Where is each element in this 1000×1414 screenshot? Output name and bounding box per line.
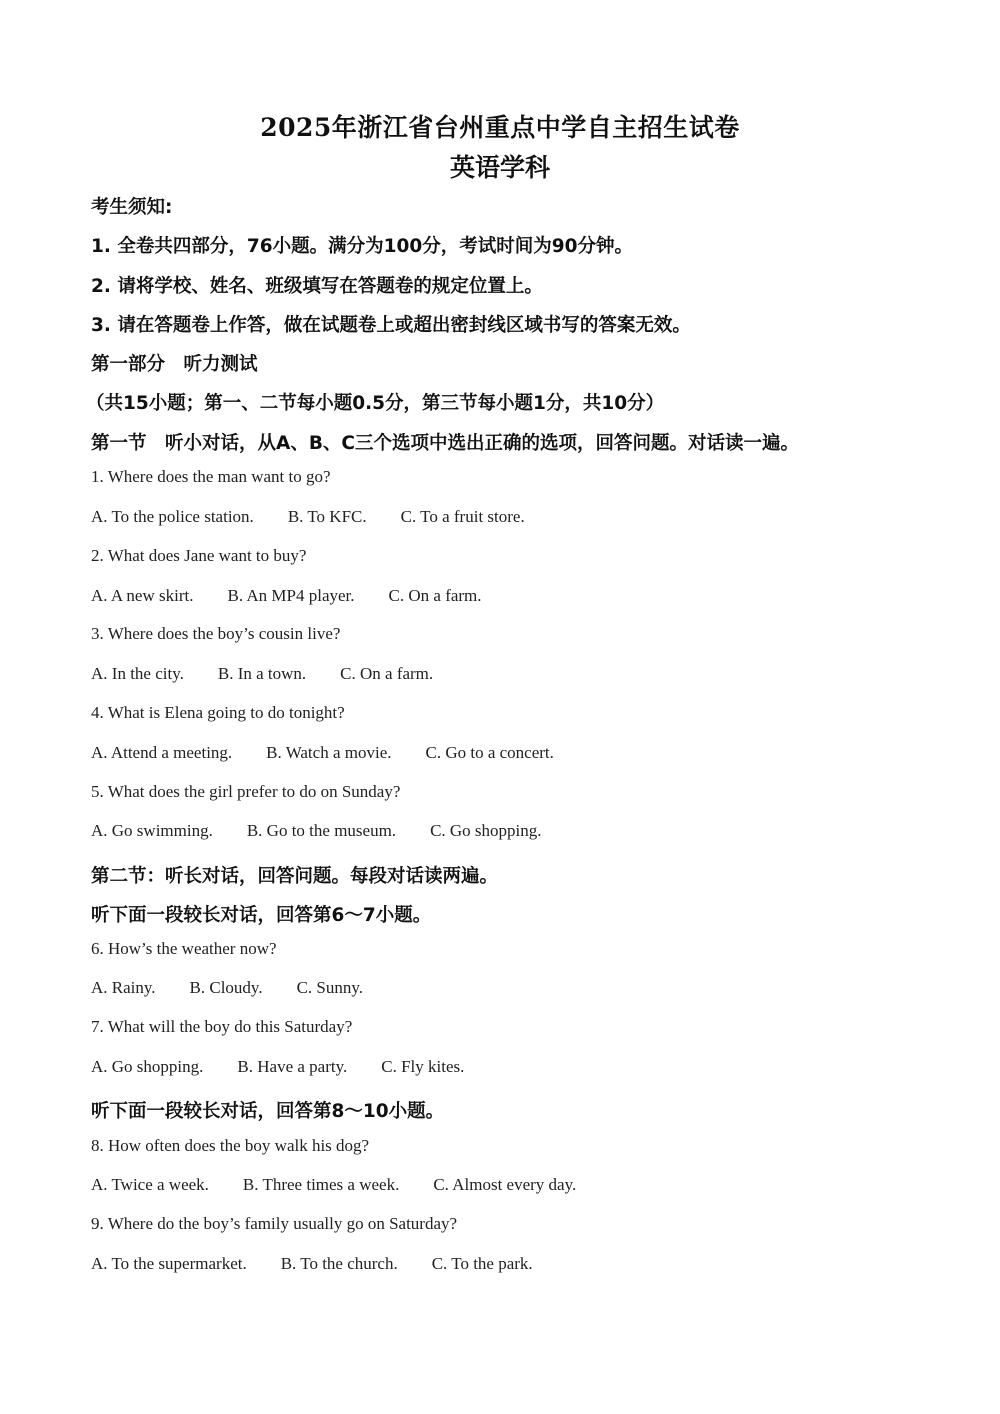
question-2: 2. What does Jane want to buy? [91, 546, 306, 566]
option-8c: C. Almost every day. [433, 1175, 576, 1195]
dialogue2-instruction: 听下面一段较长对话，回答第8～10小题。 [91, 1097, 444, 1123]
option-7b: B. Have a party. [237, 1057, 347, 1077]
exam-subject: 英语学科 [0, 148, 1000, 184]
question-4: 4. What is Elena going to do tonight? [91, 703, 345, 723]
options-3: A. In the city.B. In a town.C. On a farm… [91, 664, 433, 684]
option-8a: A. Twice a week. [91, 1175, 209, 1195]
option-9b: B. To the church. [281, 1254, 398, 1274]
question-9: 9. Where do the boy’s family usually go … [91, 1214, 457, 1234]
option-9c: C. To the park. [432, 1254, 533, 1274]
options-6: A. Rainy.B. Cloudy.C. Sunny. [91, 978, 363, 998]
option-5b: B. Go to the museum. [247, 821, 396, 841]
question-8: 8. How often does the boy walk his dog? [91, 1136, 369, 1156]
options-4: A. Attend a meeting.B. Watch a movie.C. … [91, 743, 554, 763]
question-1: 1. Where does the man want to go? [91, 467, 331, 487]
option-6a: A. Rainy. [91, 978, 156, 998]
notice-heading: 考生须知: [91, 193, 172, 219]
option-7a: A. Go shopping. [91, 1057, 203, 1077]
option-6b: B. Cloudy. [190, 978, 263, 998]
options-8: A. Twice a week.B. Three times a week.C.… [91, 1175, 576, 1195]
section1-heading: 第一节 听小对话，从A、B、C三个选项中选出正确的选项，回答问题。对话读一遍。 [91, 429, 799, 455]
option-7c: C. Fly kites. [381, 1057, 464, 1077]
notice-2: 2. 请将学校、姓名、班级填写在答题卷的规定位置上。 [91, 272, 543, 298]
dialogue1-instruction: 听下面一段较长对话，回答第6～7小题。 [91, 901, 431, 927]
option-6c: C. Sunny. [297, 978, 363, 998]
part1-heading: 第一部分 听力测试 [91, 350, 258, 376]
option-1b: B. To KFC. [288, 507, 367, 527]
options-2: A. A new skirt.B. An MP4 player.C. On a … [91, 586, 482, 606]
option-5a: A. Go swimming. [91, 821, 213, 841]
question-6: 6. How’s the weather now? [91, 939, 277, 959]
part1-scoring: （共15小题；第一、二节每小题0.5分，第三节每小题1分，共10分） [86, 389, 664, 415]
options-5: A. Go swimming.B. Go to the museum.C. Go… [91, 821, 542, 841]
notice-1: 1. 全卷共四部分，76小题。满分为100分，考试时间为90分钟。 [91, 232, 633, 258]
option-4a: A. Attend a meeting. [91, 743, 232, 763]
option-9a: A. To the supermarket. [91, 1254, 247, 1274]
exam-title: 2025年浙江省台州重点中学自主招生试卷 [0, 108, 1000, 144]
question-7: 7. What will the boy do this Saturday? [91, 1017, 352, 1037]
option-2a: A. A new skirt. [91, 586, 193, 606]
option-3b: B. In a town. [218, 664, 306, 684]
options-1: A. To the police station.B. To KFC.C. To… [91, 507, 525, 527]
option-3a: A. In the city. [91, 664, 184, 684]
option-3c: C. On a farm. [340, 664, 433, 684]
section2-heading: 第二节：听长对话，回答问题。每段对话读两遍。 [91, 862, 498, 888]
option-2b: B. An MP4 player. [227, 586, 354, 606]
options-7: A. Go shopping.B. Have a party.C. Fly ki… [91, 1057, 464, 1077]
exam-page: 2025年浙江省台州重点中学自主招生试卷 英语学科 考生须知: 1. 全卷共四部… [0, 0, 1000, 1414]
option-4c: C. Go to a concert. [426, 743, 554, 763]
notice-3: 3. 请在答题卷上作答，做在试题卷上或超出密封线区域书写的答案无效。 [91, 311, 691, 337]
option-1c: C. To a fruit store. [401, 507, 525, 527]
question-5: 5. What does the girl prefer to do on Su… [91, 782, 400, 802]
option-1a: A. To the police station. [91, 507, 254, 527]
option-8b: B. Three times a week. [243, 1175, 399, 1195]
option-4b: B. Watch a movie. [266, 743, 391, 763]
question-3: 3. Where does the boy’s cousin live? [91, 624, 340, 644]
options-9: A. To the supermarket.B. To the church.C… [91, 1254, 533, 1274]
option-2c: C. On a farm. [389, 586, 482, 606]
option-5c: C. Go shopping. [430, 821, 541, 841]
